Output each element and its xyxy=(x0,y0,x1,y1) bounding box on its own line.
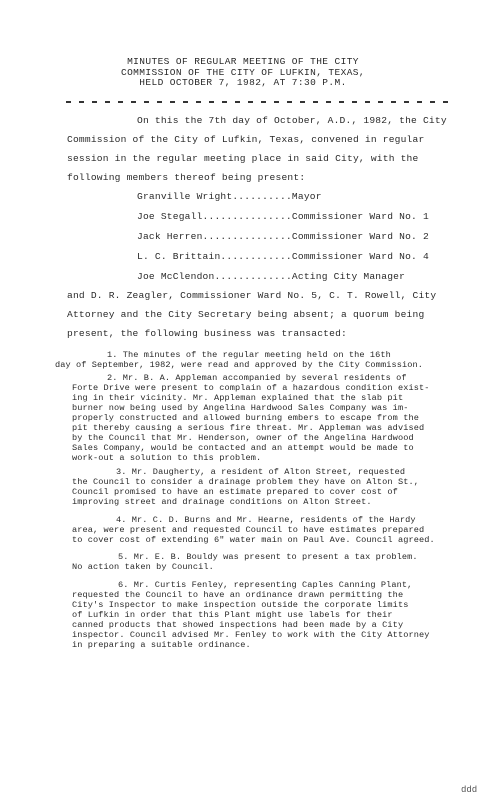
item-4-line: area, were present and requested Council… xyxy=(72,525,424,535)
item-2-line: properly constructed and allowed burning… xyxy=(72,413,419,423)
intro-line: following members thereof being present: xyxy=(67,168,305,187)
item-6-line: in preparing a suitable ordinance. xyxy=(72,640,251,650)
intro-line: session in the regular meeting place in … xyxy=(67,149,418,168)
item-2-line: pit thereby causing a serious fire threa… xyxy=(72,423,424,433)
item-4-line: 4. Mr. C. D. Burns and Mr. Hearne, resid… xyxy=(116,515,416,525)
member-row: Joe Stegall...............Commissioner W… xyxy=(137,207,429,226)
intro-line: On this the 7th day of October, A.D., 19… xyxy=(137,111,447,130)
member-name: L. C. Brittain xyxy=(137,251,220,262)
member-role: Commissioner Ward No. 4 xyxy=(292,251,429,262)
leader-dots: ............ xyxy=(220,251,292,262)
item-2-line: Sales Company, would be contacted and an… xyxy=(72,443,414,453)
leader-dots: ............. xyxy=(214,271,291,282)
item-2-line: burner now being used by Angelina Hardwo… xyxy=(72,403,408,413)
member-row: Granville Wright..........Mayor xyxy=(137,187,322,206)
item-number: 3. xyxy=(116,467,127,477)
item-6-line: canned products that showed inspections … xyxy=(72,620,403,630)
member-row: Joe McClendon.............Acting City Ma… xyxy=(137,267,405,286)
item-3-line: 3. Mr. Daugherty, a resident of Alton St… xyxy=(116,467,405,477)
item-2-line: by the Council that Mr. Henderson, owner… xyxy=(72,433,414,443)
item-number: 5. xyxy=(118,552,129,562)
member-role: Acting City Manager xyxy=(292,271,405,282)
leader-dots: ............... xyxy=(203,231,292,242)
item-2-line: work-out a solution to this problem. xyxy=(72,453,261,463)
item-3-line: the Council to consider a drainage probl… xyxy=(72,477,419,487)
member-role: Commissioner Ward No. 2 xyxy=(292,231,429,242)
item-1-line: day of September, 1982, were read and ap… xyxy=(55,360,423,370)
item-6-line: of Lufkin in order that this Plant might… xyxy=(72,610,393,620)
item-2-line: Forte Drive were present to complain of … xyxy=(72,383,429,393)
title-line: MINUTES OF REGULAR MEETING OF THE CITY xyxy=(0,57,486,68)
title-line: HELD OCTOBER 7, 1982, AT 7:30 P.M. xyxy=(0,78,486,89)
member-name: Joe Stegall xyxy=(137,211,203,222)
member-role: Commissioner Ward No. 1 xyxy=(292,211,429,222)
member-row: L. C. Brittain............Commissioner W… xyxy=(137,247,429,266)
item-2-line: 2. Mr. B. A. Appleman accompanied by sev… xyxy=(107,373,407,383)
member-name: Joe McClendon xyxy=(137,271,214,282)
dashed-divider xyxy=(66,101,448,103)
member-role: Mayor xyxy=(292,191,322,202)
document-page: MINUTES OF REGULAR MEETING OF THE CITY C… xyxy=(0,0,486,800)
item-6-line: City's Inspector to make inspection outs… xyxy=(72,600,408,610)
item-6-line: requested the Council to have an ordinan… xyxy=(72,590,403,600)
item-5-line: 5. Mr. E. B. Bouldy was present to prese… xyxy=(118,552,418,562)
footer-mark: ddd xyxy=(461,785,477,795)
item-number: 6. xyxy=(118,580,129,590)
leader-dots: .......... xyxy=(232,191,292,202)
member-name: Jack Herren xyxy=(137,231,203,242)
item-3-line: improving street and drainage conditions… xyxy=(72,497,372,507)
document-title: MINUTES OF REGULAR MEETING OF THE CITY C… xyxy=(0,57,486,89)
absent-line: present, the following business was tran… xyxy=(67,324,347,343)
member-name: Granville Wright xyxy=(137,191,232,202)
item-3-line: Council promised to have an estimate pre… xyxy=(72,487,398,497)
item-number: 1. xyxy=(107,350,118,360)
absent-line: Attorney and the City Secretary being ab… xyxy=(67,305,424,324)
item-4-line: to cover cost of extending 6" water main… xyxy=(72,535,435,545)
member-row: Jack Herren...............Commissioner W… xyxy=(137,227,429,246)
absent-line: and D. R. Zeagler, Commissioner Ward No.… xyxy=(67,286,436,305)
item-5-line: No action taken by Council. xyxy=(72,562,214,572)
item-6-line: inspector. Council advised Mr. Fenley to… xyxy=(72,630,429,640)
item-6-line: 6. Mr. Curtis Fenley, representing Caple… xyxy=(118,580,412,590)
leader-dots: ............... xyxy=(203,211,292,222)
item-number: 2. xyxy=(107,373,118,383)
item-1-line: 1. The minutes of the regular meeting he… xyxy=(107,350,391,360)
item-number: 4. xyxy=(116,515,127,525)
intro-line: Commission of the City of Lufkin, Texas,… xyxy=(67,130,424,149)
item-2-line: ing in their vicinity. Mr. Appleman expl… xyxy=(72,393,403,403)
